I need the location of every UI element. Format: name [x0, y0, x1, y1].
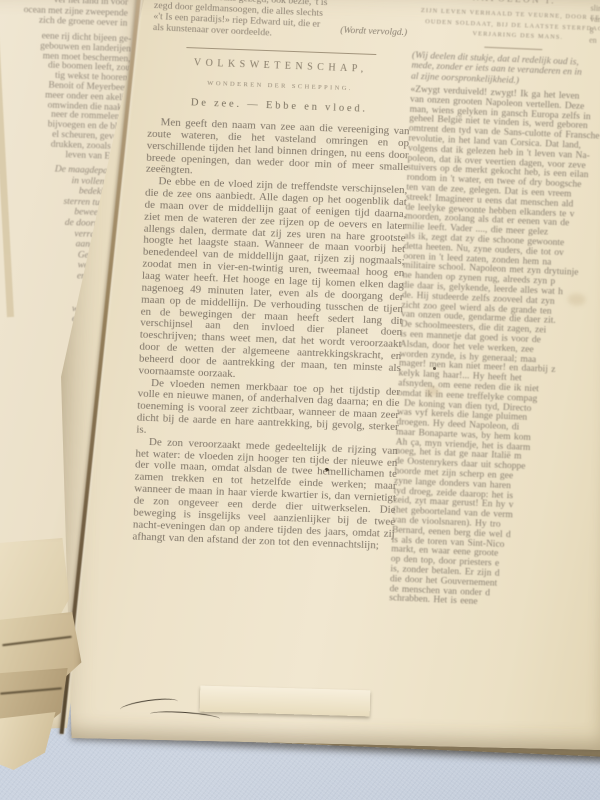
- left-page-text-fragments: het hoogerever het land in voorocean met…: [23, 0, 129, 29]
- article-continued-note: (Wordt vervolgd.): [340, 26, 407, 38]
- text-line: van: [590, 14, 600, 25]
- story-subtitle: ZIJN LEVEN VERHAALD TE VEURNE, DOOR EENE…: [413, 6, 600, 47]
- clipped-edge-fragments: slimvangen: [589, 4, 600, 47]
- series-subtitle: WONDEREN DER SCHEPPING.: [149, 78, 411, 95]
- article-body: Men geeft den naam van zee aan die veree…: [132, 117, 409, 553]
- text-line: en: [589, 35, 600, 46]
- right-column: NAPOLEON I. ZIJN LEVEN VERHAALD TE VEURN…: [415, 0, 600, 4]
- previous-article-ending: geheelen kant ik het rijk Normandië,een …: [153, 0, 329, 41]
- body-paragraph: De vloeden nemen merkbaar toe op het tij…: [136, 377, 400, 446]
- section-rubric: VOLKSWETENSCHAP,: [150, 56, 412, 77]
- subtitle-rule: [484, 47, 542, 50]
- text-line: g: [589, 25, 600, 36]
- editor-note: (Wij deelen dit stukje, dat al redelijk …: [411, 51, 583, 89]
- story-body: «Zwygt verduiveld! zwygt! Ik ga het leve…: [389, 86, 600, 613]
- body-paragraph: De ebbe en de vloed zijn de treffendste …: [138, 176, 407, 387]
- body-paragraph: Men geeft den naam van zee aan die veree…: [146, 117, 410, 186]
- text-line: slim: [590, 4, 600, 15]
- page-inner-edge: [0, 0, 14, 317]
- torn-paper-sliver: [200, 686, 371, 717]
- article-title: De zee. — Ebbe en vloed.: [148, 96, 410, 117]
- book-photo: het hoogerever het land in voorocean met…: [0, 0, 600, 800]
- body-paragraph: De zon veroorzaakt mede gedeeltelijk de …: [132, 436, 398, 552]
- ink-speck: [433, 367, 436, 370]
- section-divider-rule: [186, 47, 376, 55]
- foxing-stain: [425, 386, 439, 396]
- main-page: geheelen kant ik het rijk Normandië,een …: [50, 0, 600, 750]
